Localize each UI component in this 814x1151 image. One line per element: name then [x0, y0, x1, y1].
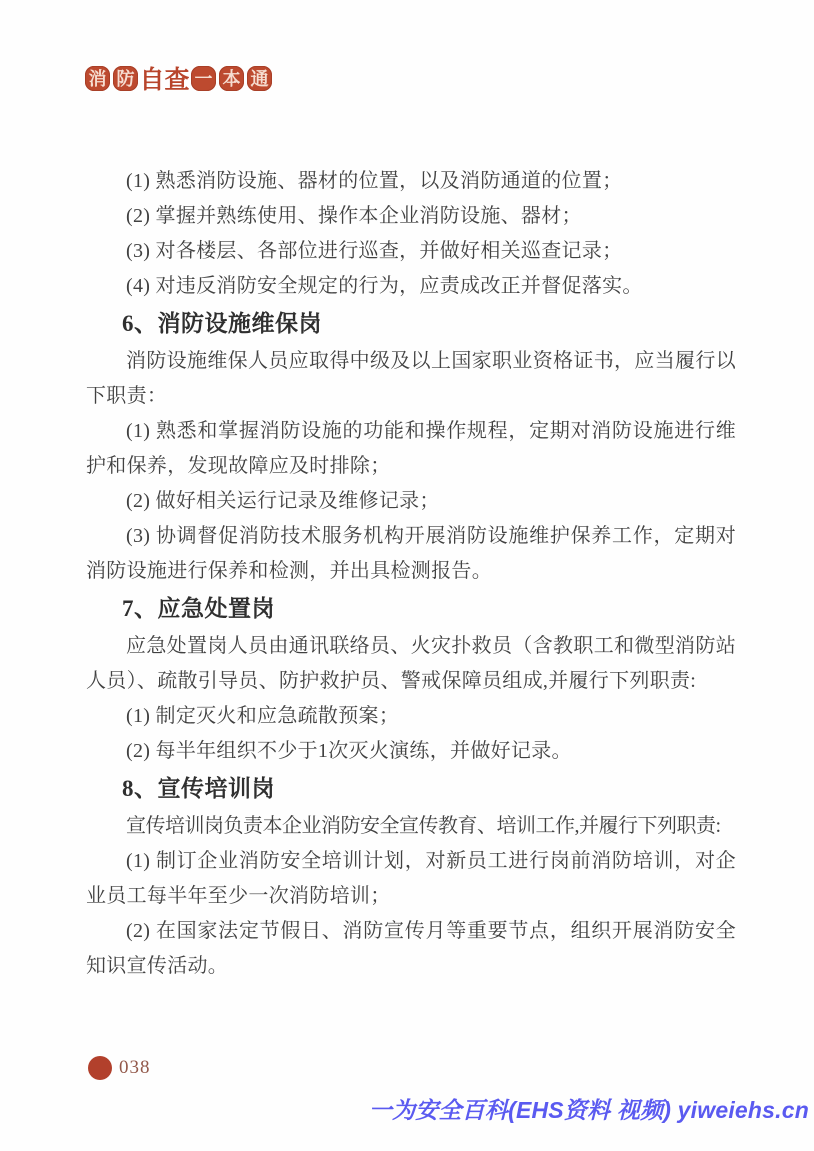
logo-char: 查 — [165, 64, 189, 92]
page-number: 038 — [119, 1057, 151, 1079]
list-item: (2) 在国家法定节假日、消防宣传月等重要节点，组织开展消防安全知识宣传活动。 — [86, 914, 736, 984]
logo-char-badge: 防 — [113, 66, 138, 91]
logo-char-badge: 本 — [219, 66, 244, 91]
list-item: (2) 掌握并熟练使用、操作本企业消防设施、器材； — [86, 199, 736, 234]
page-number-dot-icon — [88, 1056, 112, 1080]
section-heading-6: 6、消防设施维保岗 — [86, 306, 736, 342]
book-logo: 消 防 自 查 一 本 通 — [84, 64, 273, 92]
page-body-text: (1) 熟悉消防设施、器材的位置，以及消防通道的位置； (2) 掌握并熟练使用、… — [86, 164, 736, 984]
list-item: (1) 熟悉消防设施、器材的位置，以及消防通道的位置； — [86, 164, 736, 199]
list-item: (3) 协调督促消防技术服务机构开展消防设施维护保养工作，定期对消防设施进行保养… — [86, 519, 736, 589]
list-item: (3) 对各楼层、各部位进行巡查，并做好相关巡查记录； — [86, 234, 736, 269]
section-heading-8: 8、宣传培训岗 — [86, 771, 736, 807]
page-number-block: 038 — [88, 1056, 151, 1080]
logo-char-badge: 消 — [85, 66, 110, 91]
list-item: (4) 对违反消防安全规定的行为，应责成改正并督促落实。 — [86, 269, 736, 304]
list-item: (1) 制订企业消防安全培训计划，对新员工进行岗前消防培训，对企业员工每半年至少… — [86, 844, 736, 914]
list-item: (1) 熟悉和掌握消防设施的功能和操作规程，定期对消防设施进行维护和保养，发现故… — [86, 414, 736, 484]
section-heading-7: 7、应急处置岗 — [86, 591, 736, 627]
list-item: (1) 制定灭火和应急疏散预案； — [86, 699, 736, 734]
logo-char-badge: 一 — [191, 66, 216, 91]
section6-intro: 消防设施维保人员应取得中级及以上国家职业资格证书，应当履行以下职责： — [86, 344, 736, 414]
logo-char: 自 — [140, 64, 164, 92]
list-item: (2) 每半年组织不少于1次灭火演练，并做好记录。 — [86, 734, 736, 769]
book-page: 消 防 自 查 一 本 通 (1) 熟悉消防设施、器材的位置，以及消防通道的位置… — [0, 0, 814, 1151]
section7-intro: 应急处置岗人员由通讯联络员、火灾扑救员（含教职工和微型消防站人员）、疏散引导员、… — [86, 629, 736, 699]
list-item: (2) 做好相关运行记录及维修记录； — [86, 484, 736, 519]
logo-char-badge: 通 — [247, 66, 272, 91]
watermark-text: 一为安全百科(EHS资料 视频) yiweiehs.cn — [369, 1092, 809, 1125]
section8-intro: 宣传培训岗负责本企业消防安全宣传教育、培训工作,并履行下列职责: — [86, 809, 736, 844]
